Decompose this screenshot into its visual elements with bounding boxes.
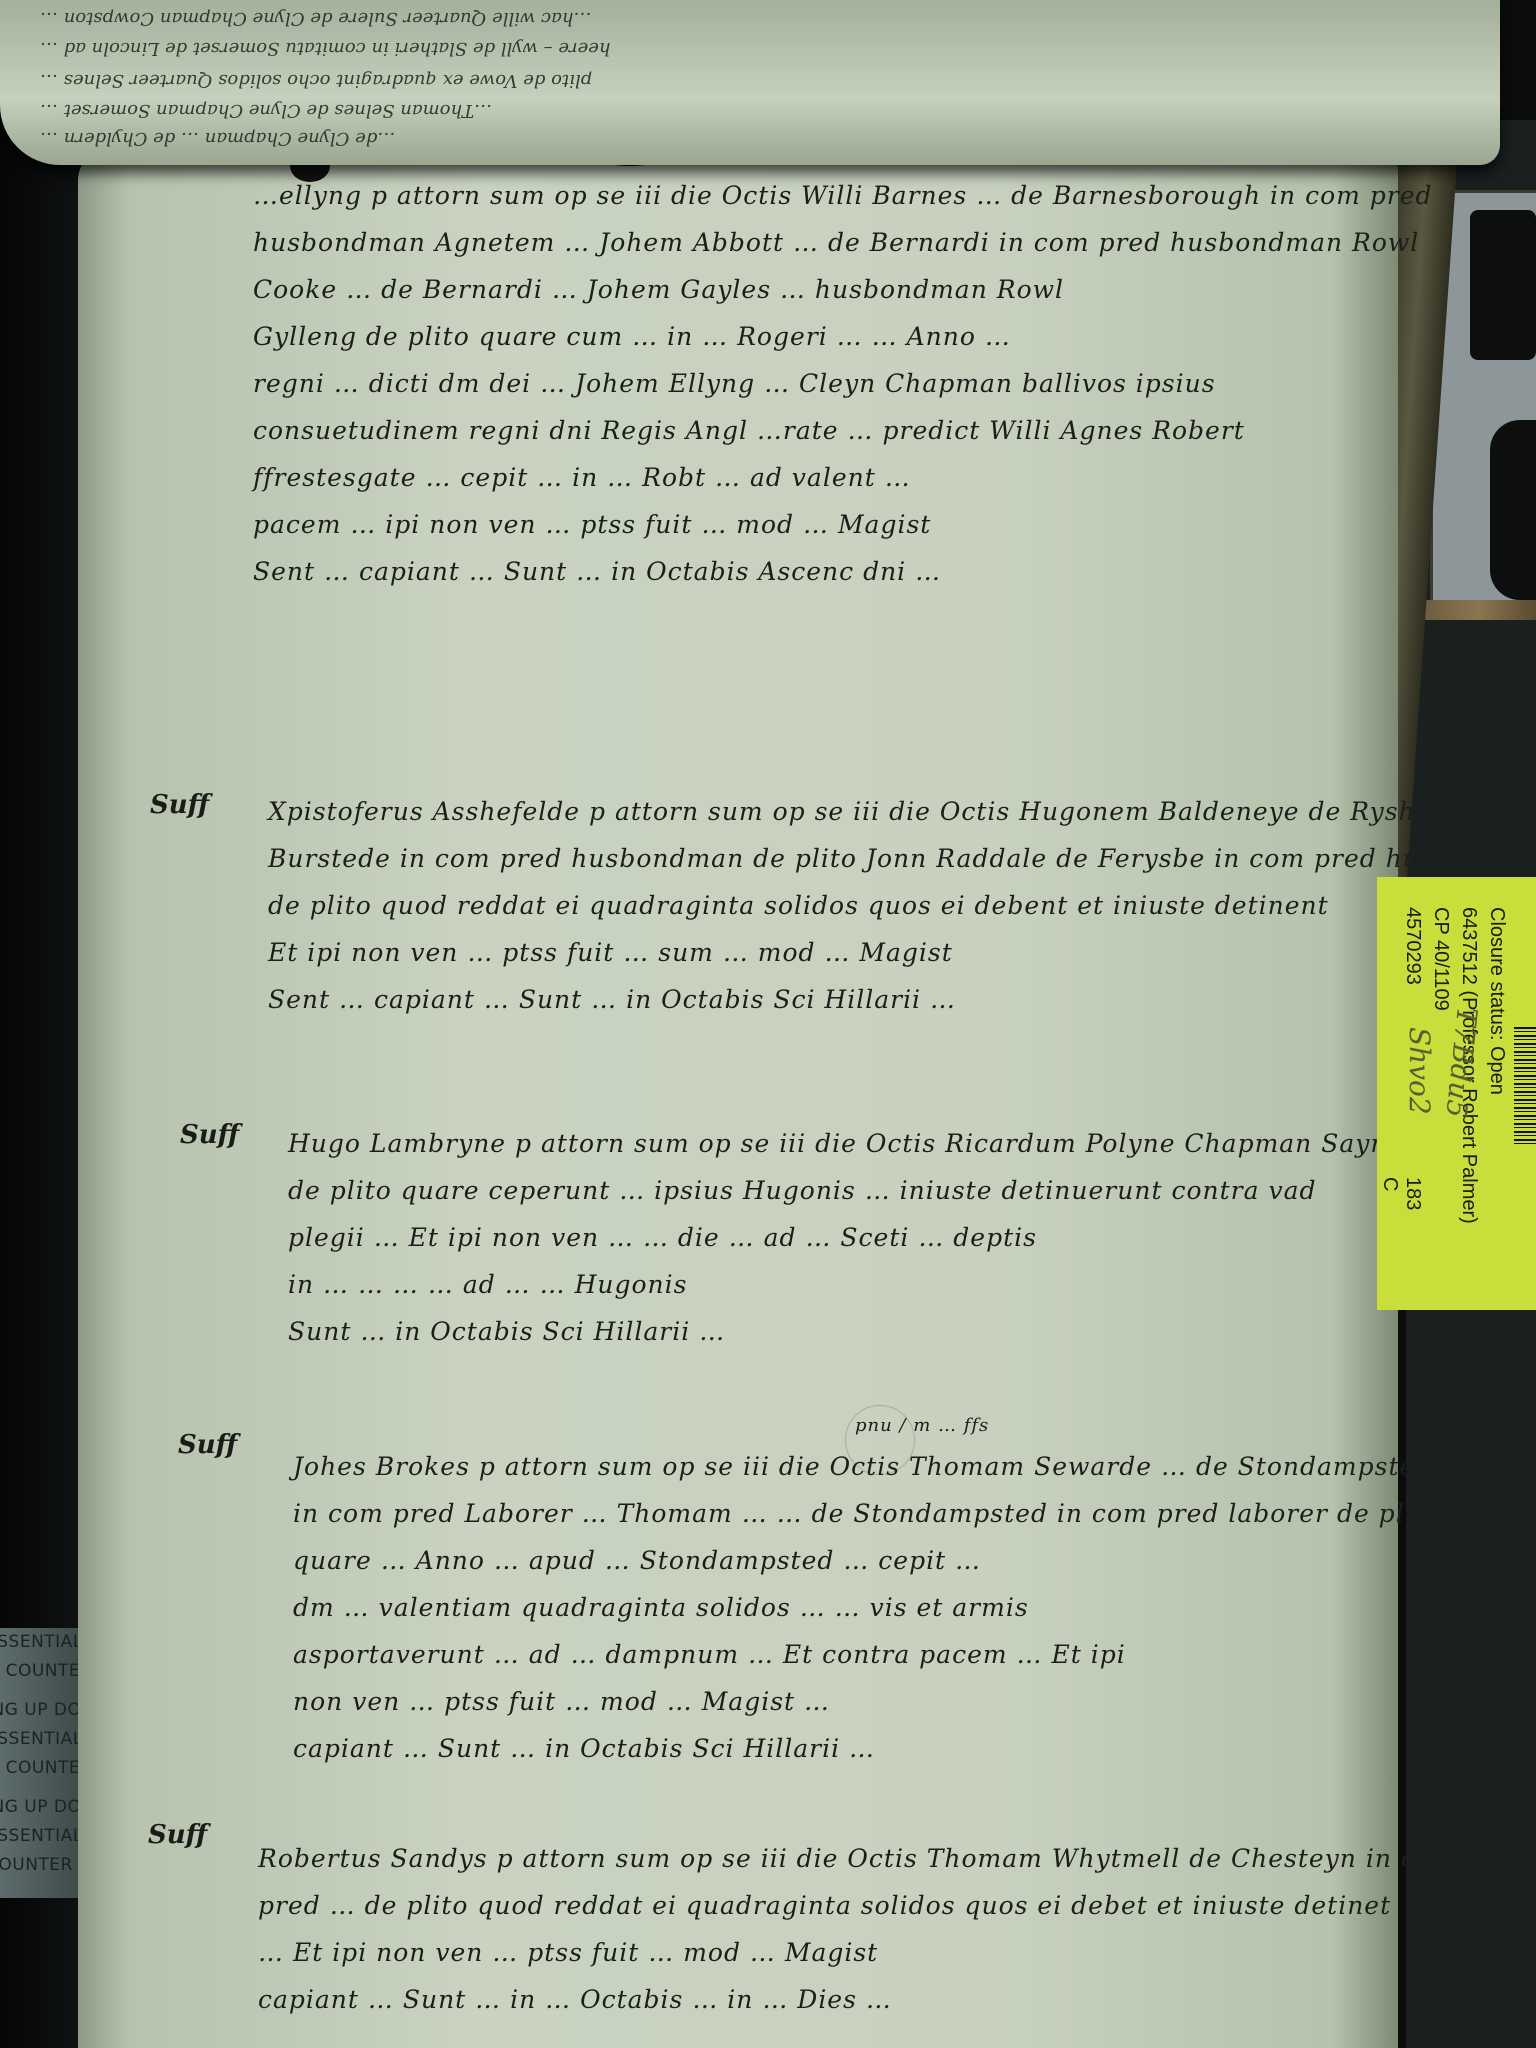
- handwritten-line: Et ipi non ven … ptss fuit … sum … mod ……: [268, 929, 1536, 976]
- label-corner-number: 183: [1401, 1177, 1424, 1210]
- margin-county: Suff: [148, 1820, 207, 1850]
- archive-label: 4570293 CP 40/1109 6437512 (Professor Ro…: [1377, 877, 1536, 1310]
- handwritten-line: plegii … Et ipi non ven … … die … ad … S…: [288, 1214, 1403, 1261]
- handwritten-line-inverted: heere – wyll de Slatheri in comitatu Som…: [40, 38, 611, 59]
- handwritten-line: asportaverunt … ad … dampnum … Et contra…: [293, 1631, 1441, 1678]
- handwritten-line: Johes Brokes p attorn sum op se iii die …: [293, 1443, 1441, 1490]
- handwritten-line: Robertus Sandys p attorn sum op se iii d…: [258, 1835, 1457, 1882]
- handwritten-line: in … … … … ad … … Hugonis: [288, 1261, 1403, 1308]
- margin-county: Suff: [178, 1430, 237, 1460]
- barcode: [1514, 1027, 1536, 1147]
- handwritten-line-inverted: …hac wille Quarteer Sulere de Clyne Chap…: [40, 8, 592, 29]
- handwritten-line: Cooke … de Bernardi … Johem Gayles … hus…: [253, 266, 1433, 313]
- handwritten-line: capiant … Sunt … in Octabis Sci Hillarii…: [293, 1725, 1441, 1772]
- handwritten-line: …ellyng p attorn sum op se iii die Octis…: [253, 172, 1433, 219]
- handwritten-line: non ven … ptss fuit … mod … Magist …: [293, 1678, 1441, 1725]
- label-closure-status: Closure status: Open: [1485, 907, 1508, 1095]
- handwritten-line-inverted: plito de Vowe ex quadragint ocho solidos…: [40, 70, 592, 91]
- roll-entry: …ellyng p attorn sum op se iii die Octis…: [253, 172, 1433, 595]
- handwritten-line: Xpistoferus Asshefelde p attorn sum op s…: [268, 788, 1536, 835]
- wooden-shelf-edge: [1420, 600, 1536, 620]
- handwritten-line: pred … de plito quod reddat ei quadragin…: [258, 1882, 1457, 1929]
- shelf-opening: [1470, 210, 1536, 360]
- handwritten-line: Sent … capiant … Sunt … in Octabis Ascen…: [253, 548, 1433, 595]
- folded-membrane-top: …hac wille Quarteer Sulere de Clyne Chap…: [0, 0, 1500, 165]
- handwritten-line: in com pred Laborer … Thomam … … de Ston…: [293, 1490, 1441, 1537]
- handwritten-line: … Et ipi non ven … ptss fuit … mod … Mag…: [258, 1929, 1457, 1976]
- shelf-opening: [1490, 420, 1536, 600]
- handwritten-line: pacem … ipi non ven … ptss fuit … mod … …: [253, 501, 1433, 548]
- handwritten-line: Burstede in com pred husbondman de plito…: [268, 835, 1536, 882]
- handwritten-line: capiant … Sunt … in … Octabis … in … Die…: [258, 1976, 1457, 2023]
- margin-county: Suff: [150, 790, 209, 820]
- handwritten-line: de plito quod reddat ei quadraginta soli…: [268, 882, 1536, 929]
- handwritten-line: consuetudinem regni dni Regis Angl …rate…: [253, 407, 1433, 454]
- label-reference-number: 4570293: [1401, 907, 1424, 985]
- handwritten-line: dm … valentiam quadraginta solidos … … v…: [293, 1584, 1441, 1631]
- handwritten-line: ffrestesgate … cepit … in … Robt … ad va…: [253, 454, 1433, 501]
- roll-entry: Johes Brokes p attorn sum op se iii die …: [293, 1443, 1441, 1772]
- handwritten-line: quare … Anno … apud … Stondampsted … cep…: [293, 1537, 1441, 1584]
- handwritten-line-inverted: …Thoman Selnes de Clyne Chapman Somerset…: [40, 100, 492, 121]
- handwritten-line: Sunt … in Octabis Sci Hillarii …: [288, 1308, 1403, 1355]
- label-corner-letter: C: [1378, 1177, 1401, 1191]
- handwritten-line: Gylleng de plito quare cum … in … Rogeri…: [253, 313, 1433, 360]
- roll-entry: Hugo Lambryne p attorn sum op se iii die…: [288, 1120, 1403, 1355]
- marginal-note: pnu / m … ffs: [855, 1415, 989, 1437]
- handwritten-line: regni … dicti dm dei … Johem Ellyng … Cl…: [253, 360, 1433, 407]
- label-document-reference: CP 40/1109: [1429, 907, 1452, 1011]
- handwritten-line: de plito quare ceperunt … ipsius Hugonis…: [288, 1167, 1403, 1214]
- handwritten-line-inverted: …de Clyne Chapman … de Chyldern …: [40, 128, 395, 149]
- parchment-membrane: …ellyng p attorn sum op se iii die Octis…: [78, 150, 1398, 2048]
- handwritten-line: husbondman Agnetem … Johem Abbott … de B…: [253, 219, 1433, 266]
- roll-entry: Xpistoferus Asshefelde p attorn sum op s…: [268, 788, 1536, 1023]
- handwritten-line: Sent … capiant … Sunt … in Octabis Sci H…: [268, 976, 1536, 1023]
- handwritten-line: Hugo Lambryne p attorn sum op se iii die…: [288, 1120, 1403, 1167]
- roll-entry: Robertus Sandys p attorn sum op se iii d…: [258, 1835, 1457, 2023]
- pencil-annotation: Shvo2: [1403, 1027, 1436, 1115]
- margin-county: Suff: [180, 1120, 239, 1150]
